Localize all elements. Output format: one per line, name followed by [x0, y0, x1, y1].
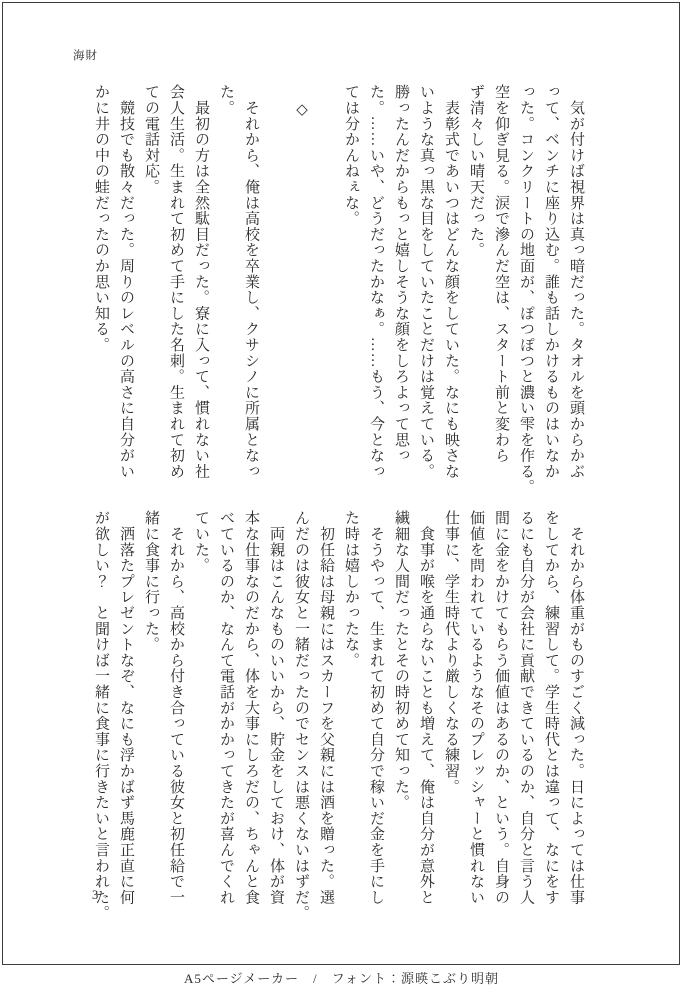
- text-line: った。コンクリートの地面が、ぽつぽつと濃い雫を作る。: [513, 84, 538, 498]
- text-line: ての電話対応。: [138, 84, 163, 498]
- text-line: た。……いや、どうだったかなぁ。……もう、今となっ: [363, 84, 388, 498]
- text-line: 表彰式であいつはどんな顔をしていた。なにも映さな: [438, 84, 463, 498]
- text-line: 価値を問われているようなそのプレッシャーと慣れない: [463, 510, 488, 924]
- page-background: { "page": { "header_title": "海財", "page_…: [0, 0, 683, 1000]
- text-band-top: 気が付けば視界は真っ暗だった。タオルを頭からかぶ って、ベンチに座り込む。誰も話…: [88, 84, 588, 498]
- text-line: 気が付けば視界は真っ暗だった。タオルを頭からかぶ: [563, 84, 588, 498]
- scene-break-mark: ◇: [288, 84, 313, 498]
- text-line: 繊細な人間だったとその時初めて知った。: [388, 510, 413, 924]
- text-line: それから、俺は高校を卒業し、クサシノに所属となっ: [238, 84, 263, 498]
- text-line: それから体重がものすごく減った。日によっては仕事: [563, 510, 588, 924]
- text-line: た。: [213, 84, 238, 498]
- text-line: 最初の方は全然駄目だった。寮に入って、慣れない社: [188, 84, 213, 498]
- text-line: 初任給は母親にはスカーフを父親には酒を贈った。選: [313, 510, 338, 924]
- text-line: べているのか、なんて電話がかかってきたが喜んでくれ: [213, 510, 238, 924]
- text-band-bottom: それから体重がものすごく減った。日によっては仕事 をしてから、練習して。学生時代…: [88, 510, 588, 924]
- text-line: それから、高校から付き合っている彼女と初任給で一: [163, 510, 188, 924]
- text-line: ず清々しい晴天だった。: [463, 84, 488, 498]
- text-line: 本な仕事なのだから、体を大事にしろだの、ちゃんと食: [238, 510, 263, 924]
- blank-line: [313, 84, 338, 498]
- page-number: 3: [92, 888, 98, 903]
- text-line: るにも自分が会社に貢献できているのか、自分と言う人: [513, 510, 538, 924]
- text-line: 食事が喉を通らないことも増えて、俺は自分が意外と: [413, 510, 438, 924]
- text-line: んだのは彼女と一緒だったのでセンスは悪くないはずだ。: [288, 510, 313, 924]
- text-line: 緒に食事に行った。: [138, 510, 163, 924]
- text-line: た時は嬉しかったな。: [338, 510, 363, 924]
- text-line: ては分かんねぇな。: [338, 84, 363, 498]
- text-line: って、ベンチに座り込む。誰も話しかけるものはいなか: [538, 84, 563, 498]
- blank-line: [263, 84, 288, 498]
- text-line: そうやって、生まれて初めて自分で稼いだ金を手にし: [363, 510, 388, 924]
- text-line: ていた。: [188, 510, 213, 924]
- text-line: 間に金をかけてもらう価値はあるのか、という。自身の: [488, 510, 513, 924]
- text-line: かに井の中の蛙だったのか思い知る。: [88, 84, 113, 498]
- text-line: 両親はこんなものいいから、貯金をしておけ、体が資: [263, 510, 288, 924]
- text-line: 競技でも散々だった。周りのレベルの高さに自分がい: [113, 84, 138, 498]
- text-line: 空を仰ぎ見る。涙で滲んだ空は、スタート前と変わら: [488, 84, 513, 498]
- text-line: 洒落たプレゼントなぞ、なにも浮かばず馬鹿正直に何: [113, 510, 138, 924]
- footer-credit: A5ページメーカー / フォント：源暎こぶり明朝: [0, 968, 683, 987]
- text-line: 勝ったんだからもっと嬉しそうな顔をしろよって思っ: [388, 84, 413, 498]
- running-head-title: 海財: [73, 47, 98, 63]
- text-line: をしてから、練習して。学生時代とは違って、なにをす: [538, 510, 563, 924]
- text-line: 会人生活。生まれて初めて手にした名刺。生まれて初め: [163, 84, 188, 498]
- text-line: 仕事に、学生時代より厳しくなる練習。: [438, 510, 463, 924]
- text-line: が欲しい？ と聞けば一緒に食事に行きたいと言われた。: [88, 510, 113, 924]
- text-line: いような真っ黒な目をしていたことだけは覚えている。: [413, 84, 438, 498]
